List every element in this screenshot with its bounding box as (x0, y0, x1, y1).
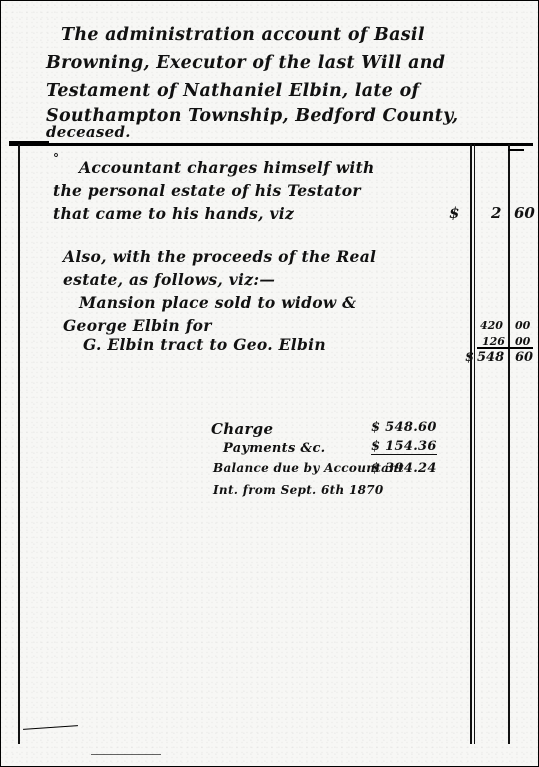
summary-amount-payments: $ 154.36 (371, 439, 437, 455)
real-estate-line-2: estate, as follows, viz:— (63, 270, 275, 289)
heading-line-3: Testament of Nathaniel Elbin, late of (46, 81, 419, 101)
personal-estate-dollars: 2 (491, 204, 501, 222)
heading-divider (9, 143, 533, 146)
heading-line-5: deceased. (46, 123, 131, 141)
left-margin-rule (18, 144, 20, 744)
personal-estate-currency: $ (449, 204, 459, 222)
summary-label-charge: Charge (211, 420, 273, 438)
summary-amount-balance: $ 394.24 (371, 461, 437, 476)
summary-interest-date: Int. from Sept. 6th 1870 (213, 483, 384, 497)
heading-divider-ink-blot (9, 141, 49, 146)
personal-estate-line-3: that came to his hands, viz (53, 204, 294, 223)
personal-estate-line-1: Accountant charges himself with (79, 158, 375, 177)
ledger-page: The administration account of Basil Brow… (0, 0, 539, 767)
real-estate-line-4: George Elbin for (63, 316, 212, 335)
mansion-place-cents: 00 (515, 319, 530, 332)
mansion-place-dollars: 420 (480, 319, 503, 332)
margin-flourish (23, 725, 78, 730)
summary-amount-charge: $ 548.60 (371, 420, 437, 435)
total-cents: 60 (515, 350, 533, 365)
real-estate-line-5: G. Elbin tract to Geo. Elbin (83, 335, 326, 354)
heading-line-1: The administration account of Basil (61, 25, 425, 45)
cents-column-rule (508, 144, 510, 744)
bottom-stroke (91, 754, 161, 755)
personal-estate-line-2: the personal estate of his Testator (53, 181, 361, 200)
dollars-column-rule-b (474, 144, 475, 744)
total-dollars: 548 (477, 350, 504, 365)
cents-column-tick (508, 149, 524, 151)
total-underline (477, 347, 533, 349)
dollars-column-rule-a (470, 144, 472, 744)
personal-estate-cents: 60 (514, 204, 535, 222)
real-estate-line-3: Mansion place sold to widow & (79, 293, 356, 312)
summary-label-payments: Payments &c. (223, 441, 326, 456)
heading-line-2: Browning, Executor of the last Will and (46, 53, 445, 73)
real-estate-line-1: Also, with the proceeds of the Real (63, 247, 376, 266)
total-currency: $ (465, 350, 474, 365)
entry-marker: ° (53, 151, 59, 165)
